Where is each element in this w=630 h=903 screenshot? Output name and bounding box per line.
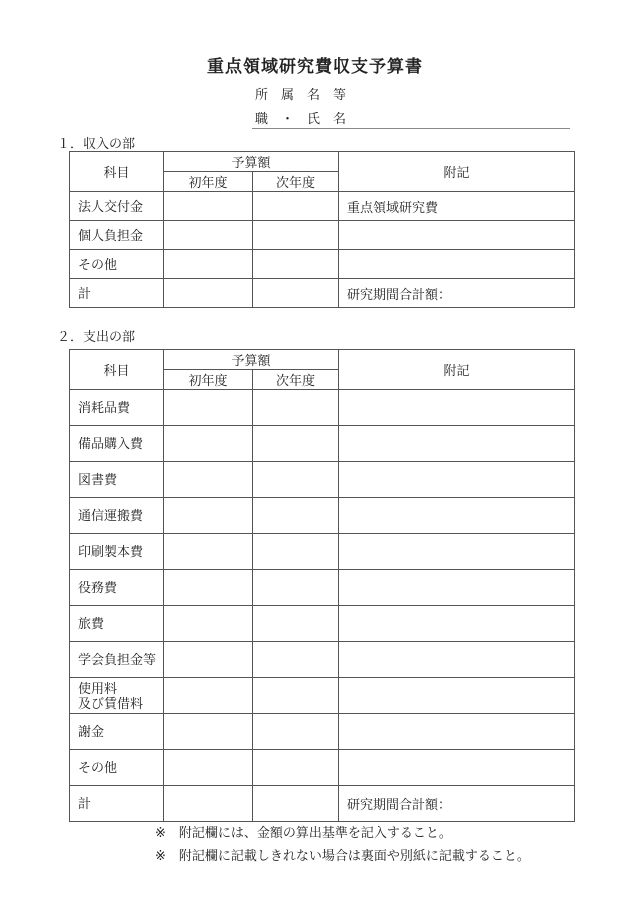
subject-cell: 謝金 — [70, 714, 164, 750]
first-year-amount-cell — [164, 390, 253, 426]
income-col-header-note: 附記 — [339, 152, 575, 192]
next-year-amount-cell — [253, 426, 339, 462]
next-year-amount-cell — [253, 498, 339, 534]
first-year-amount-cell — [164, 426, 253, 462]
first-year-amount-cell — [164, 498, 253, 534]
first-year-amount-cell — [164, 642, 253, 678]
first-year-amount-cell — [164, 192, 253, 221]
name-fill-line — [252, 128, 570, 129]
subject-cell: その他 — [70, 750, 164, 786]
first-year-amount-cell — [164, 534, 253, 570]
note-cell — [339, 642, 575, 678]
note-cell — [339, 534, 575, 570]
first-year-amount-cell — [164, 786, 253, 822]
table-row: 謝金 — [70, 714, 575, 750]
income-header-row-1: 科目 予算額 附記 — [70, 152, 575, 172]
next-year-amount-cell — [253, 462, 339, 498]
first-year-amount-cell — [164, 279, 253, 308]
first-year-amount-cell — [164, 678, 253, 714]
subject-cell: 役務費 — [70, 570, 164, 606]
expense-col-header-note: 附記 — [339, 350, 575, 390]
subject-cell: 使用料 及び賃借料 — [70, 678, 164, 714]
note-cell — [339, 714, 575, 750]
table-row: 役務費 — [70, 570, 575, 606]
first-year-amount-cell — [164, 714, 253, 750]
income-col-header-budget: 予算額 — [164, 152, 339, 172]
note-cell — [339, 426, 575, 462]
next-year-amount-cell — [253, 390, 339, 426]
table-row: 消耗品費 — [70, 390, 575, 426]
expense-header-row-1: 科目 予算額 附記 — [70, 350, 575, 370]
next-year-amount-cell — [253, 279, 339, 308]
income-col-header-next-year: 次年度 — [253, 172, 339, 192]
table-row: その他 — [70, 250, 575, 279]
expense-col-header-next-year: 次年度 — [253, 370, 339, 390]
subject-cell: 法人交付金 — [70, 192, 164, 221]
first-year-amount-cell — [164, 462, 253, 498]
page-title: 重点領域研究費収支予算書 — [0, 52, 630, 77]
expense-table: 科目 予算額 附記 初年度 次年度 消耗品費 備品購入費 — [69, 349, 575, 822]
subject-cell: 消耗品費 — [70, 390, 164, 426]
first-year-amount-cell — [164, 750, 253, 786]
table-row: 備品購入費 — [70, 426, 575, 462]
table-row: 個人負担金 — [70, 221, 575, 250]
subject-cell: その他 — [70, 250, 164, 279]
footnote-2: ※ 附記欄に記載しきれない場合は裏面や別紙に記載すること。 — [155, 848, 530, 863]
next-year-amount-cell — [253, 606, 339, 642]
note-cell — [339, 498, 575, 534]
document-page: 重点領域研究費収支予算書 所 属 名 等 職 ・ 氏 名 １．収入の部 科目 予… — [0, 0, 630, 903]
note-cell — [339, 570, 575, 606]
next-year-amount-cell — [253, 192, 339, 221]
next-year-amount-cell — [253, 642, 339, 678]
first-year-amount-cell — [164, 570, 253, 606]
first-year-amount-cell — [164, 250, 253, 279]
subject-cell: 図書費 — [70, 462, 164, 498]
name-label: 職 ・ 氏 名 — [255, 111, 346, 126]
note-cell: 重点領域研究費 — [339, 192, 575, 221]
first-year-amount-cell — [164, 221, 253, 250]
expense-col-header-budget: 予算額 — [164, 350, 339, 370]
note-cell — [339, 390, 575, 426]
table-row: 計 研究期間合計額： — [70, 279, 575, 308]
affiliation-label: 所 属 名 等 — [255, 87, 346, 102]
note-cell: 研究期間合計額： — [339, 279, 575, 308]
first-year-amount-cell — [164, 606, 253, 642]
note-cell: 研究期間合計額： — [339, 786, 575, 822]
subject-cell: 計 — [70, 786, 164, 822]
table-row: 通信運搬費 — [70, 498, 575, 534]
next-year-amount-cell — [253, 750, 339, 786]
table-row: 使用料 及び賃借料 — [70, 678, 575, 714]
next-year-amount-cell — [253, 221, 339, 250]
income-table: 科目 予算額 附記 初年度 次年度 法人交付金 重点領域研究費 個人負担金 — [69, 151, 575, 308]
expense-col-header-first-year: 初年度 — [164, 370, 253, 390]
table-row: 印刷製本費 — [70, 534, 575, 570]
table-row: 旅費 — [70, 606, 575, 642]
footnote-1: ※ 附記欄には、金額の算出基準を記入すること。 — [155, 825, 452, 840]
income-col-header-subject: 科目 — [70, 152, 164, 192]
subject-cell: 備品購入費 — [70, 426, 164, 462]
next-year-amount-cell — [253, 678, 339, 714]
next-year-amount-cell — [253, 714, 339, 750]
next-year-amount-cell — [253, 250, 339, 279]
note-cell — [339, 221, 575, 250]
subject-cell: 個人負担金 — [70, 221, 164, 250]
table-row: 図書費 — [70, 462, 575, 498]
income-section-heading: １．収入の部 — [57, 136, 135, 151]
note-cell — [339, 462, 575, 498]
subject-cell: 通信運搬費 — [70, 498, 164, 534]
income-col-header-first-year: 初年度 — [164, 172, 253, 192]
next-year-amount-cell — [253, 534, 339, 570]
expense-col-header-subject: 科目 — [70, 350, 164, 390]
note-cell — [339, 678, 575, 714]
subject-cell: 旅費 — [70, 606, 164, 642]
subject-cell: 学会負担金等 — [70, 642, 164, 678]
subject-cell: 計 — [70, 279, 164, 308]
next-year-amount-cell — [253, 786, 339, 822]
table-row: その他 — [70, 750, 575, 786]
table-row: 法人交付金 重点領域研究費 — [70, 192, 575, 221]
next-year-amount-cell — [253, 570, 339, 606]
subject-cell: 印刷製本費 — [70, 534, 164, 570]
note-cell — [339, 250, 575, 279]
note-cell — [339, 606, 575, 642]
table-row: 計 研究期間合計額： — [70, 786, 575, 822]
table-row: 学会負担金等 — [70, 642, 575, 678]
note-cell — [339, 750, 575, 786]
expense-section-heading: ２．支出の部 — [57, 329, 135, 344]
